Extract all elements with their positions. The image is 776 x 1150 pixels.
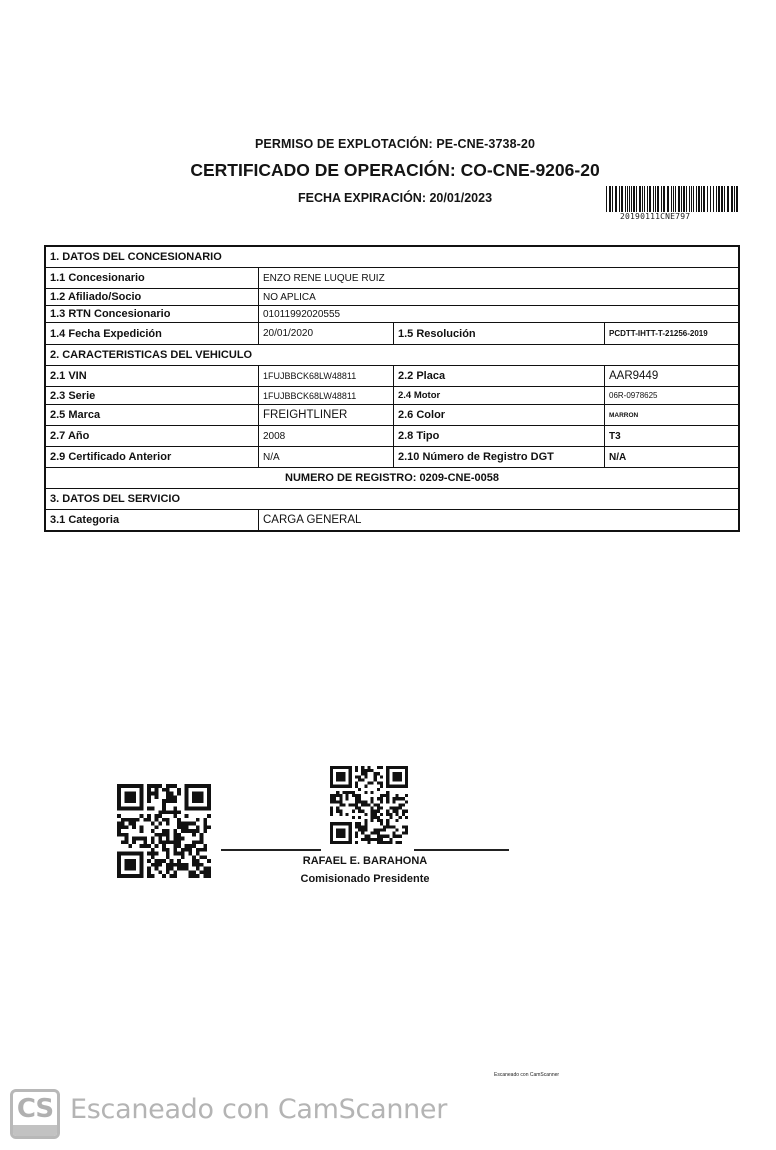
resolucion-value: PCDTT-IHTT-T-21256-2019 [604, 323, 738, 344]
resolucion-label: 1.5 Resolución [393, 323, 604, 344]
serie-value: 1FUJBBCK68LW48811 [258, 387, 393, 404]
placa-label: 2.2 Placa [393, 366, 604, 386]
camscanner-logo-text: CS [13, 1094, 57, 1124]
anio-value: 2008 [258, 426, 393, 446]
table-row: 2.7 Año 2008 2.8 Tipo T3 [46, 426, 738, 447]
signer-title: Comisionado Presidente [220, 873, 510, 885]
table-row: 2.1 VIN 1FUJBBCK68LW48811 2.2 Placa AAR9… [46, 366, 738, 387]
certificado-anterior-value: N/A [258, 447, 393, 467]
afiliado-label: 1.2 Afiliado/Socio [46, 289, 258, 305]
fecha-expedicion-value: 20/01/2020 [258, 323, 393, 344]
categoria-value: CARGA GENERAL [258, 510, 738, 530]
section-2-title: 2. CARACTERISTICAS DEL VEHICULO [46, 345, 738, 365]
certificado-operacion-title: CERTIFICADO DE OPERACIÓN: CO-CNE-9206-20 [0, 160, 776, 181]
barcode-number: 20190111CNE797 [620, 212, 690, 221]
table-row: 3.1 Categoria CARGA GENERAL [46, 510, 738, 530]
anio-label: 2.7 Año [46, 426, 258, 446]
qr-code-icon [117, 784, 211, 878]
serie-label: 2.3 Serie [46, 387, 258, 404]
categoria-label: 3.1 Categoria [46, 510, 258, 530]
table-row: 1.2 Afiliado/Socio NO APLICA [46, 289, 738, 306]
placa-value: AAR9449 [604, 366, 738, 386]
section-3-header-row: 3. DATOS DEL SERVICIO [46, 489, 738, 510]
small-scan-watermark: Escaneado con CamScanner [494, 1072, 559, 1078]
rtn-label: 1.3 RTN Concesionario [46, 306, 258, 322]
motor-value: 06R-0978625 [604, 387, 738, 404]
table-row: 2.5 Marca FREIGHTLINER 2.6 Color MARRON [46, 405, 738, 426]
vin-label: 2.1 VIN [46, 366, 258, 386]
table-row: 2.9 Certificado Anterior N/A 2.10 Número… [46, 447, 738, 468]
concesionario-value: ENZO RENE LUQUE RUIZ [258, 268, 738, 288]
signature-line-right [414, 849, 509, 851]
rtn-value: 01011992020555 [258, 306, 738, 322]
numero-registro-row: NUMERO DE REGISTRO: 0209-CNE-0058 [46, 468, 738, 489]
table-row: 1.3 RTN Concesionario 01011992020555 [46, 306, 738, 323]
registro-dgt-label: 2.10 Número de Registro DGT [393, 447, 604, 467]
barcode-icon [606, 186, 740, 212]
color-label: 2.6 Color [393, 405, 604, 425]
vin-value: 1FUJBBCK68LW48811 [258, 366, 393, 386]
section-2-header-row: 2. CARACTERISTICAS DEL VEHICULO [46, 345, 738, 366]
tipo-label: 2.8 Tipo [393, 426, 604, 446]
certificado-anterior-label: 2.9 Certificado Anterior [46, 447, 258, 467]
qr-code-icon [330, 766, 408, 844]
marca-label: 2.5 Marca [46, 405, 258, 425]
signature-line-left [221, 849, 321, 851]
table-row: 1.1 Concesionario ENZO RENE LUQUE RUIZ [46, 268, 738, 289]
color-value: MARRON [604, 405, 738, 425]
table-row: 1.4 Fecha Expedición 20/01/2020 1.5 Reso… [46, 323, 738, 345]
section-3-title: 3. DATOS DEL SERVICIO [46, 489, 738, 509]
section-1-header-row: 1. DATOS DEL CONCESIONARIO [46, 247, 738, 268]
permiso-explotacion: PERMISO DE EXPLOTACIÓN: PE-CNE-3738-20 [0, 137, 776, 151]
afiliado-value: NO APLICA [258, 289, 738, 305]
marca-value: FREIGHTLINER [258, 405, 393, 425]
numero-registro: NUMERO DE REGISTRO: 0209-CNE-0058 [46, 468, 738, 488]
certificate-table: 1. DATOS DEL CONCESIONARIO 1.1 Concesion… [44, 245, 740, 532]
camscanner-watermark: Escaneado con CamScanner [70, 1094, 447, 1125]
camscanner-logo-icon: CS [10, 1089, 60, 1139]
section-1-title: 1. DATOS DEL CONCESIONARIO [46, 247, 738, 267]
registro-dgt-value: N/A [604, 447, 738, 467]
motor-label: 2.4 Motor [393, 387, 604, 404]
tipo-value: T3 [604, 426, 738, 446]
signer-name: RAFAEL E. BARAHONA [220, 855, 510, 867]
fecha-expedicion-label: 1.4 Fecha Expedición [46, 323, 258, 344]
concesionario-label: 1.1 Concesionario [46, 268, 258, 288]
table-row: 2.3 Serie 1FUJBBCK68LW48811 2.4 Motor 06… [46, 387, 738, 405]
